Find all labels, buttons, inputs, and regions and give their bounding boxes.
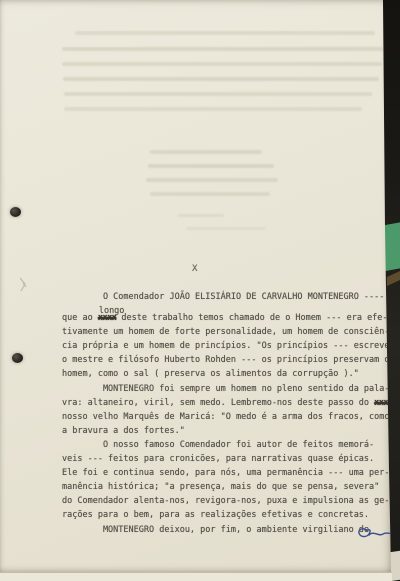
typed-line: O Comendador JOÃO ELISIÁRIO DE CARVALHO … xyxy=(62,290,396,304)
typed-line: nosso velho Marquês de Maricá: "O medo é… xyxy=(62,410,396,424)
typed-line: tivamente um homem de forte personalidad… xyxy=(62,325,396,339)
typed-line: do Comendador alenta-nos, revigora-nos, … xyxy=(62,494,396,508)
paper-fastener-top xyxy=(10,207,21,217)
scanned-document-photo: X O Comendador JOÃO ELISIÁRIO DE CARVALH… xyxy=(0,0,400,581)
underlying-page-edge xyxy=(0,572,392,581)
typed-line: cia própria e um homem de princípios. "O… xyxy=(62,339,396,353)
page-number: X xyxy=(192,264,197,274)
typed-line: rações para o bem, para as realizações e… xyxy=(62,508,396,522)
typed-line: vra: altaneiro, viril, sem medo. Lembrem… xyxy=(62,396,396,410)
typed-line: manência histórica; "a presença, mais do… xyxy=(62,480,396,494)
book-spine-brown-mark xyxy=(387,271,400,286)
paper-fastener-bottom xyxy=(12,353,23,363)
paper-crease-mark xyxy=(16,276,30,294)
typed-line: a bravura a dos fortes." xyxy=(62,424,396,438)
document-page: X O Comendador JOÃO ELISIÁRIO DE CARVALH… xyxy=(0,0,392,572)
typed-line: que ao xxxxlongo deste trabalho temos ch… xyxy=(62,311,396,325)
typed-line: homem, como o sal ( preserva os alimento… xyxy=(62,367,396,381)
typed-line: MONTENEGRO foi sempre um homem no pleno … xyxy=(62,382,396,396)
typed-line: o mestre e filósofo Huberto Rohden --- o… xyxy=(62,353,396,367)
typed-line: Ele foi e continua sendo, para nós, uma … xyxy=(62,466,396,480)
typed-line: veis --- feitos para cronicões, para nar… xyxy=(62,452,396,466)
handwritten-mark xyxy=(355,525,393,542)
typed-text-block: O Comendador JOÃO ELISIÁRIO DE CARVALHO … xyxy=(62,290,396,537)
typed-line: O nosso famoso Comendador foi autor de f… xyxy=(62,438,396,452)
typed-line: MONTENEGRO deixou, por fim, o ambiente v… xyxy=(62,523,396,537)
